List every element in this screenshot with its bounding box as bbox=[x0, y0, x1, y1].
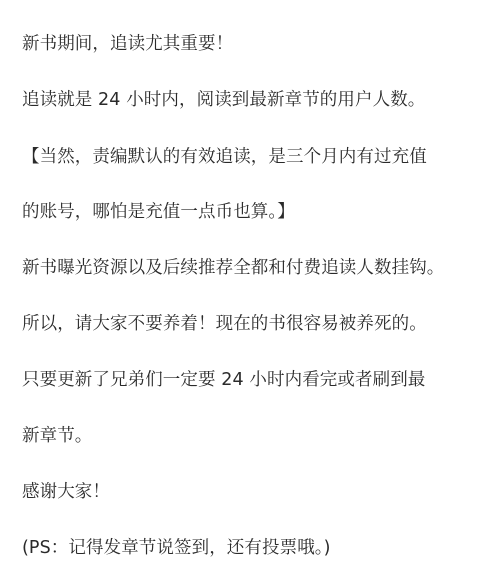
paragraph-line: 新书曝光资源以及后续推荐全都和付费追读人数挂钩。 bbox=[22, 256, 476, 280]
paragraph-line: 新章节。 bbox=[22, 424, 476, 448]
paragraph-line: (PS：记得发章节说签到，还有投票哦。) bbox=[22, 536, 476, 560]
document-body: 新书期间，追读尤其重要！ 追读就是 24 小时内，阅读到最新章节的用户人数。 【… bbox=[0, 0, 480, 586]
paragraph-line: 只要更新了兄弟们一定要 24 小时内看完或者刷到最 bbox=[22, 368, 476, 392]
paragraph-line: 追读就是 24 小时内，阅读到最新章节的用户人数。 bbox=[22, 88, 476, 112]
paragraph-line: 所以，请大家不要养着！现在的书很容易被养死的。 bbox=[22, 312, 476, 336]
paragraph-line: 感谢大家！ bbox=[22, 480, 476, 504]
paragraph-line: 新书期间，追读尤其重要！ bbox=[22, 32, 476, 56]
paragraph-line: 的账号，哪怕是充值一点币也算。】 bbox=[22, 200, 476, 224]
paragraph-line: 【当然，责编默认的有效追读，是三个月内有过充值 bbox=[22, 145, 476, 169]
